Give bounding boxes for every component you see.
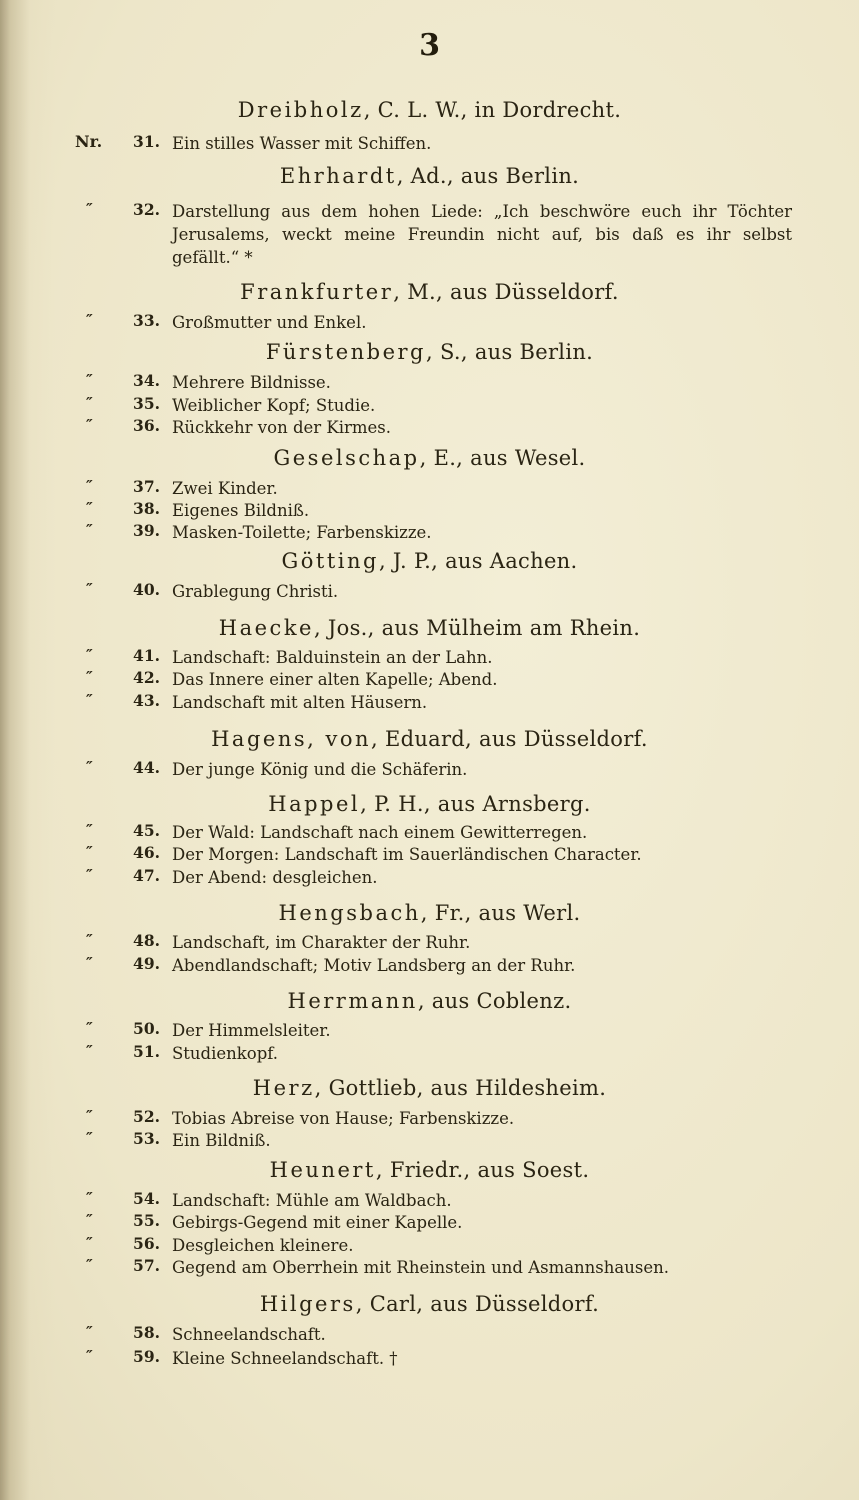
entry-prefix: ″ <box>86 691 122 709</box>
artist-heading: Herz, Gottlieb, aus Hildesheim. <box>0 1076 859 1100</box>
artist-details: , Eduard, aus Düsseldorf. <box>371 727 648 751</box>
artist-heading: Hengsbach, Fr., aus Werl. <box>0 901 859 925</box>
entry-prefix: ″ <box>86 521 122 539</box>
entry-title: Eigenes Bildniß. <box>172 499 792 522</box>
artist-details: , P. H., aus Arnsberg. <box>360 792 591 816</box>
artist-heading: Hilgers, Carl, aus Düsseldorf. <box>0 1292 859 1316</box>
entry-prefix: ″ <box>86 311 122 329</box>
entry-number: 52. <box>126 1107 160 1126</box>
artist-surname: Hilgers <box>260 1292 356 1316</box>
entry-number: 33. <box>126 311 160 330</box>
catalog-entry: ″ 39. Masken-Toilette; Farbenskizze. <box>0 521 859 547</box>
entry-number: 58. <box>126 1323 160 1342</box>
artist-heading: Götting, J. P., aus Aachen. <box>0 549 859 573</box>
artist-heading: Haecke, Jos., aus Mülheim am Rhein. <box>0 616 859 640</box>
artist-details: , Fr., aus Werl. <box>421 901 581 925</box>
entry-title: Weiblicher Kopf; Studie. <box>172 394 792 417</box>
entry-title: Gegend am Oberrhein mit Rheinstein und A… <box>172 1256 792 1279</box>
entry-number: 40. <box>126 580 160 599</box>
entry-title: Studienkopf. <box>172 1042 792 1065</box>
entry-number: 43. <box>126 691 160 710</box>
entry-title: Desgleichen kleinere. <box>172 1234 792 1257</box>
entry-prefix: Nr. <box>75 132 111 151</box>
catalog-entry: ″ 40. Grablegung Christi. <box>0 580 859 606</box>
artist-surname: Ehrhardt <box>280 164 397 188</box>
artist-surname: Happel <box>268 792 360 816</box>
entry-title: Abendlandschaft; Motiv Landsberg an der … <box>172 954 792 977</box>
entry-title: Darstellung aus dem hohen Liede: „Ich be… <box>172 200 792 269</box>
artist-heading: Dreibholz, C. L. W., in Dordrecht. <box>0 98 859 122</box>
artist-heading: Herrmann, aus Coblenz. <box>0 989 859 1013</box>
artist-heading: Happel, P. H., aus Arnsberg. <box>0 792 859 816</box>
entry-number: 37. <box>126 477 160 496</box>
catalog-entry: ″ 47. Der Abend: desgleichen. <box>0 866 859 892</box>
entry-number: 56. <box>126 1234 160 1253</box>
artist-surname: Frankfurter <box>240 280 393 304</box>
entry-title: Zwei Kinder. <box>172 477 792 500</box>
entry-number: 46. <box>126 843 160 862</box>
catalog-page: 3 Dreibholz, C. L. W., in Dordrecht. Nr.… <box>0 0 859 1500</box>
entry-prefix: ″ <box>86 843 122 861</box>
entry-number: 39. <box>126 521 160 540</box>
entry-number: 54. <box>126 1189 160 1208</box>
catalog-entry: ″ 32. Darstellung aus dem hohen Liede: „… <box>0 200 859 272</box>
artist-surname: Götting <box>282 549 379 573</box>
artist-surname: Hagens, von <box>211 727 371 751</box>
entry-prefix: ″ <box>86 1129 122 1147</box>
entry-number: 53. <box>126 1129 160 1148</box>
catalog-entry: ″ 59. Kleine Schneelandschaft. † <box>0 1347 859 1373</box>
entry-prefix: ″ <box>86 371 122 389</box>
entry-prefix: ″ <box>86 1347 122 1365</box>
artist-details: , Ad., aus Berlin. <box>397 164 579 188</box>
entry-prefix: ″ <box>86 477 122 495</box>
artist-surname: Heunert <box>270 1158 376 1182</box>
entry-number: 57. <box>126 1256 160 1275</box>
entry-number: 42. <box>126 668 160 687</box>
entry-number: 51. <box>126 1042 160 1061</box>
entry-prefix: ″ <box>86 1234 122 1252</box>
entry-number: 34. <box>126 371 160 390</box>
entry-title: Schneelandschaft. <box>172 1323 792 1346</box>
entry-prefix: ″ <box>86 1107 122 1125</box>
entry-title: Der Morgen: Landschaft im Sauerländische… <box>172 843 792 866</box>
entry-prefix: ″ <box>86 758 122 776</box>
entry-title: Masken-Toilette; Farbenskizze. <box>172 521 792 544</box>
entry-prefix: ″ <box>86 646 122 664</box>
entry-title: Landschaft mit alten Häusern. <box>172 691 792 714</box>
entry-number: 31. <box>126 132 160 151</box>
entry-title: Gebirgs-Gegend mit einer Kapelle. <box>172 1211 792 1234</box>
entry-prefix: ″ <box>86 499 122 517</box>
entry-title: Der Himmelsleiter. <box>172 1019 792 1042</box>
entry-number: 38. <box>126 499 160 518</box>
entry-prefix: ″ <box>86 1256 122 1274</box>
artist-heading: Ehrhardt, Ad., aus Berlin. <box>0 164 859 188</box>
page-number: 3 <box>0 28 859 63</box>
entry-title: Der junge König und die Schäferin. <box>172 758 792 781</box>
catalog-entry: ″ 51. Studienkopf. <box>0 1042 859 1068</box>
entry-prefix: ″ <box>86 394 122 412</box>
catalog-entry: ″ 49. Abendlandschaft; Motiv Landsberg a… <box>0 954 859 980</box>
catalog-entry: ″ 58. Schneelandschaft. <box>0 1323 859 1349</box>
entry-prefix: ″ <box>86 866 122 884</box>
artist-details: , E., aus Wesel. <box>420 446 586 470</box>
artist-heading: Fürstenberg, S., aus Berlin. <box>0 340 859 364</box>
artist-surname: Geselschap <box>273 446 419 470</box>
entry-number: 32. <box>126 200 160 219</box>
catalog-entry: ″ 36. Rückkehr von der Kirmes. <box>0 416 859 442</box>
artist-heading: Heunert, Friedr., aus Soest. <box>0 1158 859 1182</box>
artist-details: , J. P., aus Aachen. <box>379 549 578 573</box>
artist-details: , S., aus Berlin. <box>426 340 593 364</box>
artist-surname: Herz <box>253 1076 315 1100</box>
entry-number: 44. <box>126 758 160 777</box>
catalog-entry: ″ 57. Gegend am Oberrhein mit Rheinstein… <box>0 1256 859 1282</box>
entry-number: 50. <box>126 1019 160 1038</box>
artist-heading: Frankfurter, M., aus Düsseldorf. <box>0 280 859 304</box>
artist-surname: Haecke <box>219 616 314 640</box>
entry-number: 49. <box>126 954 160 973</box>
artist-details: , Gottlieb, aus Hildesheim. <box>315 1076 607 1100</box>
catalog-entry: ″ 43. Landschaft mit alten Häusern. <box>0 691 859 717</box>
artist-heading: Hagens, von, Eduard, aus Düsseldorf. <box>0 727 859 751</box>
entry-prefix: ″ <box>86 931 122 949</box>
entry-title: Ein stilles Wasser mit Schiffen. <box>172 132 792 155</box>
entry-prefix: ″ <box>86 821 122 839</box>
entry-prefix: ″ <box>86 580 122 598</box>
entry-number: 59. <box>126 1347 160 1366</box>
entry-number: 47. <box>126 866 160 885</box>
entry-title: Mehrere Bildnisse. <box>172 371 792 394</box>
artist-surname: Fürstenberg <box>266 340 426 364</box>
entry-title: Der Wald: Landschaft nach einem Gewitter… <box>172 821 792 844</box>
entry-prefix: ″ <box>86 416 122 434</box>
entry-title: Ein Bildniß. <box>172 1129 792 1152</box>
entry-title: Kleine Schneelandschaft. † <box>172 1347 792 1370</box>
entry-title: Landschaft: Mühle am Waldbach. <box>172 1189 792 1212</box>
artist-details: , M., aus Düsseldorf. <box>393 280 619 304</box>
entry-title: Rückkehr von der Kirmes. <box>172 416 792 439</box>
entry-prefix: ″ <box>86 1042 122 1060</box>
entry-title: Landschaft, im Charakter der Ruhr. <box>172 931 792 954</box>
entry-number: 48. <box>126 931 160 950</box>
entry-title: Grablegung Christi. <box>172 580 792 603</box>
entry-title: Tobias Abreise von Hause; Farbenskizze. <box>172 1107 792 1130</box>
entry-number: 41. <box>126 646 160 665</box>
artist-details: , C. L. W., in Dordrecht. <box>364 98 622 122</box>
artist-surname: Dreibholz <box>238 98 364 122</box>
entry-title: Das Innere einer alten Kapelle; Abend. <box>172 668 792 691</box>
entry-prefix: ″ <box>86 1019 122 1037</box>
artist-heading: Geselschap, E., aus Wesel. <box>0 446 859 470</box>
artist-details: , Jos., aus Mülheim am Rhein. <box>314 616 640 640</box>
entry-prefix: ″ <box>86 1211 122 1229</box>
entry-title: Großmutter und Enkel. <box>172 311 792 334</box>
artist-surname: Herrmann <box>288 989 418 1013</box>
entry-prefix: ″ <box>86 954 122 972</box>
catalog-entry: ″ 33. Großmutter und Enkel. <box>0 311 859 337</box>
catalog-entry: Nr. 31. Ein stilles Wasser mit Schiffen. <box>0 132 859 158</box>
entry-number: 45. <box>126 821 160 840</box>
entry-prefix: ″ <box>86 1323 122 1341</box>
catalog-entry: ″ 44. Der junge König und die Schäferin. <box>0 758 859 784</box>
entry-title: Landschaft: Balduinstein an der Lahn. <box>172 646 792 669</box>
catalog-entry: ″ 53. Ein Bildniß. <box>0 1129 859 1155</box>
artist-details: , Carl, aus Düsseldorf. <box>356 1292 599 1316</box>
artist-details: , Friedr., aus Soest. <box>376 1158 589 1182</box>
entry-number: 35. <box>126 394 160 413</box>
artist-details: , aus Coblenz. <box>418 989 572 1013</box>
entry-number: 55. <box>126 1211 160 1230</box>
entry-number: 36. <box>126 416 160 435</box>
entry-prefix: ″ <box>86 668 122 686</box>
artist-surname: Hengsbach <box>279 901 421 925</box>
entry-title: Der Abend: desgleichen. <box>172 866 792 889</box>
entry-prefix: ″ <box>86 200 122 218</box>
entry-prefix: ″ <box>86 1189 122 1207</box>
